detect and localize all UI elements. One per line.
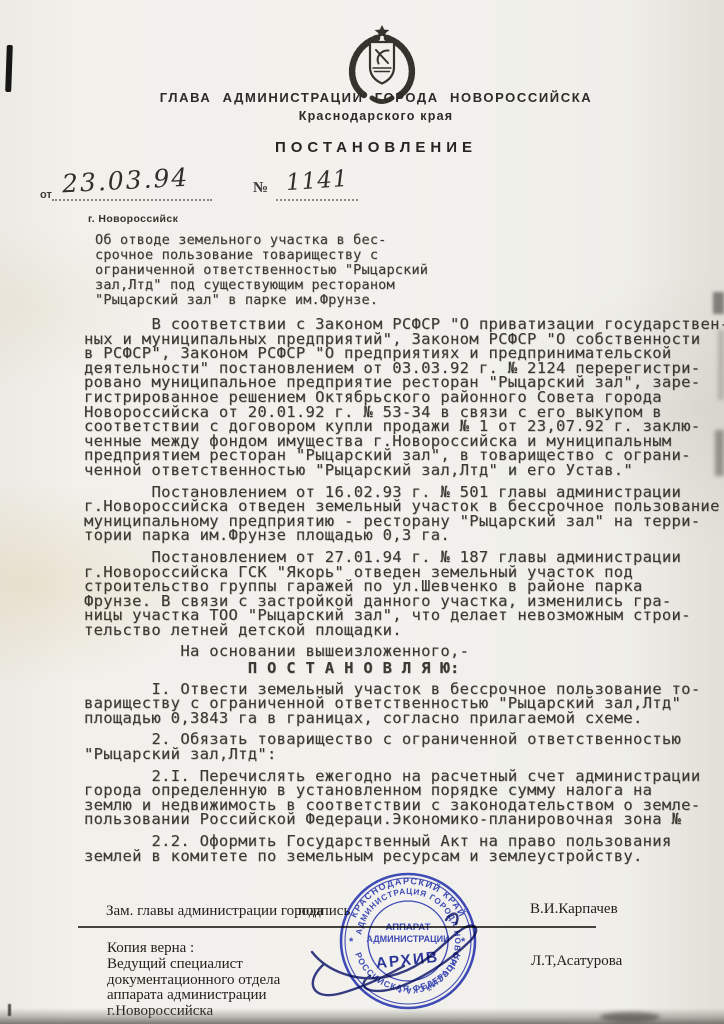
handwritten-signature [298,890,498,1005]
place-line: г. Новороссийск [88,213,178,225]
document-type-title: ПОСТАНОВЛЕНИЕ [28,139,724,156]
basis-line: На основании вышеизложенного,- [84,644,724,659]
body-paragraph-2: Постановлением от 16.02.93 г. № 501 глав… [84,485,724,543]
document-body: В соответствии с Законом РСФСР "О приват… [84,317,724,870]
resolve-item-2-1: 2.I. Перечислять ежегодно на расчетный с… [84,769,724,827]
scanned-decree-page: ГЛАВА АДМИНИСТРАЦИИ ГОРОДА НОВОРОССИЙСКА… [0,0,724,1024]
scan-artifact-corner-mark [5,45,13,92]
scan-artifact-bottom-smudge [600,1012,660,1022]
certifier-name: Л.Т,Асатурова [531,953,622,970]
deputy-name: В.И.Карпачев [530,901,618,918]
resolve-heading: П О С Т А Н О В Л Я Ю: [84,661,724,676]
resolve-item-2: 2. Обязать товарищество с ограниченной о… [84,732,724,761]
resolve-item-1: I. Отвести земельный участок в бессрочно… [84,682,724,726]
scan-artifact-edge-smudge [713,292,724,314]
number-underline [276,199,358,201]
date-underline [52,199,212,201]
date-label: от [40,189,52,201]
subject-paragraph: Об отводе земельного участка в бес- сроч… [95,233,465,308]
deputy-title: Зам. главы администрации города [106,903,323,920]
scan-artifact-bottom-tick [8,1004,11,1016]
issuing-authority-line1: ГЛАВА АДМИНИСТРАЦИИ ГОРОДА НОВОРОССИЙСКА [28,90,724,105]
handwritten-date: 23.03.94 [61,163,190,199]
body-paragraph-1: В соответствии с Законом РСФСР "О приват… [84,317,724,478]
handwritten-number: 1141 [285,166,349,196]
body-paragraph-3: Постановлением от 27.01.94 г. № 187 глав… [84,550,724,638]
number-label: № [253,180,268,197]
resolve-item-2-2: 2.2. Оформить Государственный Акт на пра… [84,834,724,863]
issuing-authority-line2: Краснодарского края [28,109,724,123]
